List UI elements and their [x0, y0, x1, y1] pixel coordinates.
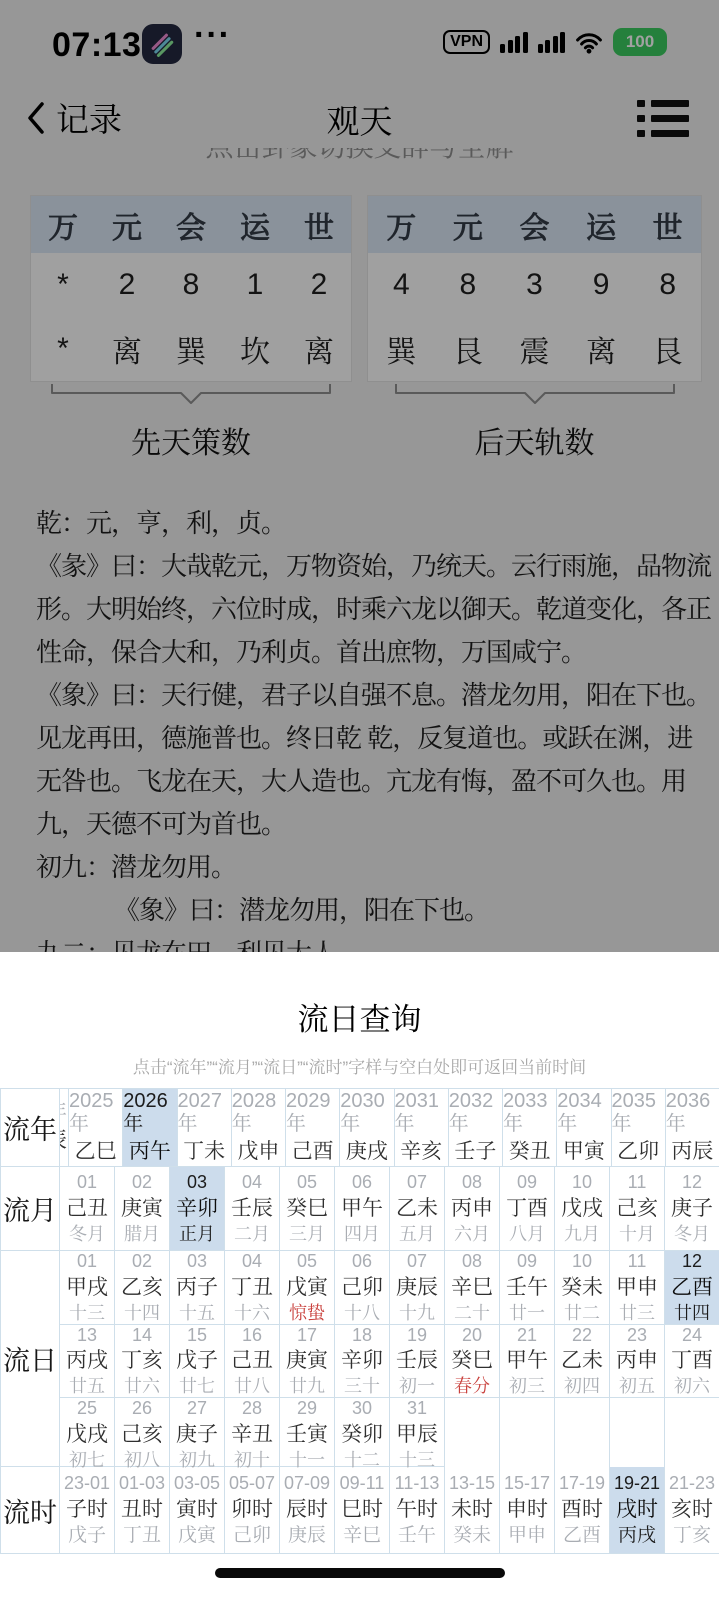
cell-text: 戊子: [176, 1348, 218, 1373]
cell-text: 五月: [399, 1224, 435, 1245]
calendar-table: 流年 2024年甲辰2025年乙巳2026年丙午2027年丁未2028年戊申20…: [0, 1088, 719, 1554]
hour-row-label[interactable]: 流时: [1, 1467, 59, 1553]
cell-text: 31: [407, 1398, 427, 1419]
cell-text: 正月: [179, 1224, 215, 1245]
day-row: 流日 01甲戌十三02乙亥十四03丙子十五04丁丑十六05戊寅惊蛰06己卯十八0…: [1, 1251, 719, 1467]
cell-text: 丁亥: [121, 1348, 163, 1373]
year-cell[interactable]: 2030年庚戌: [339, 1089, 393, 1166]
year-cell[interactable]: 2029年己酉: [285, 1089, 339, 1166]
cell-text: 廿一: [509, 1303, 545, 1324]
cell-text: 丁酉: [671, 1348, 713, 1373]
day-cell[interactable]: 13丙戌廿五: [59, 1325, 114, 1398]
cell-text: 癸未: [453, 1525, 491, 1547]
cell-text: 庚寅: [286, 1348, 328, 1373]
hour-cell[interactable]: 09-11巳时辛巳: [334, 1467, 389, 1553]
year-cell[interactable]: 2025年乙巳: [68, 1089, 122, 1166]
hour-row: 流时 23-01子时戊子01-03丑时丁丑03-05寅时戊寅05-07卯时己卯0…: [1, 1467, 719, 1553]
cell-text: 13-15: [449, 1473, 495, 1494]
cell-text: 庚子: [671, 1196, 713, 1221]
hour-cell[interactable]: 23-01子时戊子: [59, 1467, 114, 1553]
cell-text: 十九: [399, 1303, 435, 1324]
cell-text: 2025年: [69, 1090, 122, 1136]
cell-text: 十四: [124, 1303, 160, 1324]
cell-text: 甲申: [616, 1275, 658, 1300]
day-cell[interactable]: 27庚子初九: [169, 1398, 224, 1471]
day-cell[interactable]: 30癸卯十二: [334, 1398, 389, 1471]
cell-text: 13: [77, 1325, 97, 1346]
cell-text: 丁丑: [123, 1525, 161, 1547]
cell-text: 廿七: [179, 1376, 215, 1397]
cell-text: 2030年: [340, 1090, 393, 1136]
cell-text: 丙戌: [66, 1348, 108, 1373]
cell-text: 申时: [506, 1497, 548, 1522]
cell-text: 壬午: [398, 1525, 436, 1547]
cell-text: 10: [572, 1172, 592, 1193]
cell-text: 辛巳: [451, 1275, 493, 1300]
day-cell[interactable]: 16己丑廿八: [224, 1325, 279, 1398]
cell-text: 02: [132, 1251, 152, 1272]
day-subrow: 25戊戌初七26己亥初八27庚子初九28辛丑初十29壬寅十一30癸卯十二31甲辰…: [59, 1398, 719, 1471]
cell-text: 11: [628, 1172, 647, 1193]
cell-text: 18: [352, 1325, 372, 1346]
cell-text: 戊申: [237, 1139, 279, 1164]
cell-text: 19: [407, 1325, 427, 1346]
home-indicator[interactable]: [215, 1568, 505, 1578]
day-cell[interactable]: 22乙未初四: [554, 1325, 609, 1398]
cell-text: 12: [682, 1172, 702, 1193]
cell-text: 07-09: [284, 1473, 330, 1494]
cell-text: 07: [407, 1251, 427, 1272]
cell-text: 2033年: [503, 1090, 556, 1136]
day-subrow: 13丙戌廿五14丁亥廿六15戊子廿七16己丑廿八17庚寅廿九18辛卯三十19壬辰…: [59, 1325, 719, 1399]
cell-text: 15-17: [504, 1473, 550, 1494]
cell-text: 廿二: [564, 1303, 600, 1324]
cell-text: 戊寅: [286, 1275, 328, 1300]
cell-text: 乙未: [561, 1348, 603, 1373]
month-cell[interactable]: 10戊戌九月: [554, 1167, 609, 1250]
cell-text: 癸卯: [341, 1422, 383, 1447]
day-cell[interactable]: 24丁酉初六: [664, 1325, 719, 1398]
cell-text: 壬寅: [286, 1422, 328, 1447]
year-cell[interactable]: 2027年丁未: [177, 1089, 231, 1166]
cell-text: 冬月: [674, 1224, 710, 1245]
cell-text: 辛丑: [231, 1422, 273, 1447]
cell-text: 03: [187, 1251, 207, 1272]
sheet-title: 流日查询: [0, 994, 719, 1039]
cell-text: 惊蛰: [289, 1303, 325, 1324]
cell-text: 四月: [344, 1224, 380, 1245]
day-row-label[interactable]: 流日: [1, 1251, 59, 1466]
cell-text: 辛亥: [400, 1139, 442, 1164]
cell-text: 戊寅: [178, 1525, 216, 1547]
day-cell[interactable]: 14丁亥廿六: [114, 1325, 169, 1398]
cell-text: 甲辰: [396, 1422, 438, 1447]
cell-text: 丙戌: [618, 1525, 656, 1547]
cell-text: 卯时: [231, 1497, 273, 1522]
day-cell[interactable]: 03丙子十五: [169, 1251, 224, 1324]
cell-text: 06: [352, 1251, 372, 1272]
cell-text: 05: [297, 1251, 317, 1272]
month-cell[interactable]: 07乙未五月: [389, 1167, 444, 1250]
cell-text: 三十: [344, 1376, 380, 1397]
day-cell[interactable]: 01甲戌十三: [59, 1251, 114, 1324]
cell-text: 14: [132, 1325, 152, 1346]
hour-cell[interactable]: 21-23亥时丁亥: [664, 1467, 719, 1553]
cell-text: 三月: [289, 1224, 325, 1245]
day-band-rows: 01甲戌十三02乙亥十四03丙子十五04丁丑十六05戊寅惊蛰06己卯十八07庚辰…: [59, 1251, 719, 1466]
cell-text: 十月: [619, 1224, 655, 1245]
cell-text: 17-19: [559, 1473, 605, 1494]
cell-text: 11-13: [395, 1473, 440, 1494]
cell-text: 十三: [69, 1303, 105, 1324]
cell-text: 05: [297, 1172, 317, 1193]
cell-text: 十八: [344, 1303, 380, 1324]
cell-text: 己卯: [341, 1275, 383, 1300]
cell-text: 26: [132, 1398, 152, 1419]
cell-text: 己丑: [231, 1348, 273, 1373]
day-subrow: 01甲戌十三02乙亥十四03丙子十五04丁丑十六05戊寅惊蛰06己卯十八07庚辰…: [59, 1251, 719, 1325]
cell-text: 廿五: [69, 1376, 105, 1397]
day-cell[interactable]: 23丙申初五: [609, 1325, 664, 1398]
cell-text: 29: [297, 1398, 317, 1419]
cell-text: 甲辰: [59, 1128, 67, 1153]
flow-day-sheet: 流日查询 点击“流年”“流月”“流日”“流时”字样与空白处即可返回当前时间 流年…: [0, 952, 719, 1600]
cell-text: 辛卯: [176, 1196, 218, 1221]
month-row: 流月 01己丑冬月02庚寅腊月03辛卯正月04壬辰二月05癸巳三月06甲午四月0…: [1, 1167, 719, 1251]
cell-text: 01: [77, 1251, 97, 1272]
cell-text: 09-11: [340, 1473, 385, 1494]
day-cell[interactable]: 17庚寅廿九: [279, 1325, 334, 1398]
cell-text: 11: [628, 1251, 647, 1272]
cell-text: 初一: [399, 1376, 435, 1397]
cell-text: 乙酉: [563, 1525, 601, 1547]
hour-cell[interactable]: 01-03丑时丁丑: [114, 1467, 169, 1553]
day-cell: [444, 1398, 499, 1471]
cell-text: 八月: [509, 1224, 545, 1245]
cell-text: 2026年: [123, 1090, 176, 1136]
hour-band-cells: 23-01子时戊子01-03丑时丁丑03-05寅时戊寅05-07卯时己卯07-0…: [59, 1467, 719, 1553]
day-cell: [554, 1398, 609, 1471]
cell-text: 甲寅: [563, 1139, 605, 1164]
month-cell[interactable]: 08丙申六月: [444, 1167, 499, 1250]
cell-text: 19-21: [614, 1473, 660, 1494]
cell-text: 庚寅: [121, 1196, 163, 1221]
month-cell[interactable]: 02庚寅腊月: [114, 1167, 169, 1250]
day-cell: [609, 1398, 664, 1471]
year-cell[interactable]: 2026年丙午: [122, 1089, 176, 1166]
cell-text: 乙亥: [121, 1275, 163, 1300]
cell-text: 庚子: [176, 1422, 218, 1447]
day-cell[interactable]: 26己亥初八: [114, 1398, 169, 1471]
cell-text: 廿八: [234, 1376, 270, 1397]
cell-text: 癸巳: [451, 1348, 493, 1373]
cell-text: 巳时: [341, 1497, 383, 1522]
day-cell[interactable]: 08辛巳二十: [444, 1251, 499, 1324]
cell-text: 乙未: [396, 1196, 438, 1221]
cell-text: 戊子: [68, 1525, 106, 1547]
year-cell[interactable]: 2032年壬子: [448, 1089, 502, 1166]
cell-text: 04: [242, 1251, 262, 1272]
cell-text: 亥时: [671, 1497, 713, 1522]
day-cell[interactable]: 09壬午廿一: [499, 1251, 554, 1324]
cell-text: 辰时: [286, 1497, 328, 1522]
cell-text: 冬月: [69, 1224, 105, 1245]
cell-text: 23: [627, 1325, 647, 1346]
cell-text: 戊戌: [66, 1422, 108, 1447]
day-cell[interactable]: 06己卯十八: [334, 1251, 389, 1324]
day-cell[interactable]: 19壬辰初一: [389, 1325, 444, 1398]
cell-text: 初六: [674, 1376, 710, 1397]
day-cell[interactable]: 20癸巳春分: [444, 1325, 499, 1398]
hour-cell[interactable]: 13-15未时癸未: [444, 1467, 499, 1553]
month-cell[interactable]: 12庚子冬月: [664, 1167, 719, 1250]
day-cell[interactable]: 28辛丑初十: [224, 1398, 279, 1471]
cell-text: 乙巳: [75, 1139, 117, 1164]
cell-text: 乙卯: [617, 1139, 659, 1164]
cell-text: 十六: [234, 1303, 270, 1324]
cell-text: 壬辰: [396, 1348, 438, 1373]
hour-cell[interactable]: 05-07卯时己卯: [224, 1467, 279, 1553]
month-row-label[interactable]: 流月: [1, 1167, 59, 1250]
cell-text: 08: [462, 1251, 482, 1272]
cell-text: 21: [517, 1325, 537, 1346]
cell-text: 丁未: [183, 1139, 225, 1164]
cell-text: 17: [297, 1325, 317, 1346]
cell-text: 07: [407, 1172, 427, 1193]
cell-text: 廿九: [289, 1376, 325, 1397]
cell-text: 2024年: [59, 1101, 67, 1124]
cell-text: 25: [77, 1398, 97, 1419]
cell-text: 九月: [564, 1224, 600, 1245]
cell-text: 01: [77, 1172, 97, 1193]
cell-text: 六月: [454, 1224, 490, 1245]
cell-text: 06: [352, 1172, 372, 1193]
year-row: 流年 2024年甲辰2025年乙巳2026年丙午2027年丁未2028年戊申20…: [1, 1089, 719, 1167]
cell-text: 戌时: [616, 1497, 658, 1522]
sheet-subtitle: 点击“流年”“流月”“流日”“流时”字样与空白处即可返回当前时间: [0, 1053, 719, 1078]
cell-text: 初四: [564, 1376, 600, 1397]
hour-cell[interactable]: 15-17申时甲申: [499, 1467, 554, 1553]
cell-text: 十五: [179, 1303, 215, 1324]
cell-text: 春分: [454, 1376, 490, 1397]
cell-text: 酉时: [561, 1497, 603, 1522]
cell-text: 01-03: [119, 1473, 165, 1494]
cell-text: 05-07: [229, 1473, 275, 1494]
cell-text: 癸丑: [509, 1139, 551, 1164]
day-cell[interactable]: 11甲申廿三: [609, 1251, 664, 1324]
day-cell: [499, 1398, 554, 1471]
cell-text: 己酉: [292, 1139, 334, 1164]
cell-text: 丁酉: [506, 1196, 548, 1221]
cell-text: 己丑: [66, 1196, 108, 1221]
month-cell[interactable]: 03辛卯正月: [169, 1167, 224, 1250]
month-cell[interactable]: 09丁酉八月: [499, 1167, 554, 1250]
day-cell[interactable]: 12乙酉廿四: [664, 1251, 719, 1324]
year-cell-partial[interactable]: 2024年甲辰: [59, 1089, 68, 1166]
cell-text: 03: [187, 1172, 207, 1193]
cell-text: 22: [572, 1325, 592, 1346]
cell-text: 廿四: [674, 1303, 710, 1324]
cell-text: 庚戌: [346, 1139, 388, 1164]
hour-cell[interactable]: 03-05寅时戊寅: [169, 1467, 224, 1553]
cell-text: 乙酉: [671, 1275, 713, 1300]
cell-text: 28: [242, 1398, 262, 1419]
cell-text: 初五: [619, 1376, 655, 1397]
year-row-label[interactable]: 流年: [1, 1089, 59, 1166]
cell-text: 丙子: [176, 1275, 218, 1300]
cell-text: 30: [352, 1398, 372, 1419]
year-cell[interactable]: 2028年戊申: [231, 1089, 285, 1166]
year-cell[interactable]: 2034年甲寅: [556, 1089, 610, 1166]
cell-text: 己亥: [616, 1196, 658, 1221]
cell-text: 庚辰: [288, 1525, 326, 1547]
hour-cell[interactable]: 17-19酉时乙酉: [554, 1467, 609, 1553]
day-cell[interactable]: 15戊子廿七: [169, 1325, 224, 1398]
cell-text: 丙辰: [671, 1139, 713, 1164]
day-cell: [664, 1398, 719, 1471]
year-cell[interactable]: 2033年癸丑: [502, 1089, 556, 1166]
cell-text: 壬午: [506, 1275, 548, 1300]
cell-text: 27: [187, 1398, 207, 1419]
cell-text: 癸巳: [286, 1196, 328, 1221]
hour-cell[interactable]: 11-13午时壬午: [389, 1467, 444, 1553]
cell-text: 廿三: [619, 1303, 655, 1324]
cell-text: 09: [517, 1251, 537, 1272]
cell-text: 辛卯: [341, 1348, 383, 1373]
cell-text: 23-01: [64, 1473, 110, 1494]
cell-text: 2035年: [612, 1090, 665, 1136]
cell-text: 甲申: [508, 1525, 546, 1547]
cell-text: 02: [132, 1172, 152, 1193]
cell-text: 午时: [396, 1497, 438, 1522]
screen: 点击卦象切换爻辞与全解 万元会运世 *2812*离巽坎离 万元会运世 48398…: [0, 0, 719, 1600]
cell-text: 09: [517, 1172, 537, 1193]
cell-text: 甲午: [341, 1196, 383, 1221]
day-cell[interactable]: 02乙亥十四: [114, 1251, 169, 1324]
cell-text: 04: [242, 1172, 262, 1193]
cell-text: 丙午: [129, 1139, 171, 1164]
cell-text: 壬子: [454, 1139, 496, 1164]
month-cell[interactable]: 01己丑冬月: [59, 1167, 114, 1250]
cell-text: 庚辰: [396, 1275, 438, 1300]
cell-text: 2031年: [395, 1090, 448, 1136]
month-cell[interactable]: 06甲午四月: [334, 1167, 389, 1250]
day-cell[interactable]: 25戊戌初七: [59, 1398, 114, 1471]
cell-text: 2032年: [449, 1090, 502, 1136]
year-band-cells: 2024年甲辰2025年乙巳2026年丙午2027年丁未2028年戊申2029年…: [59, 1089, 719, 1166]
month-cell[interactable]: 05癸巳三月: [279, 1167, 334, 1250]
hour-cell[interactable]: 07-09辰时庚辰: [279, 1467, 334, 1553]
cell-text: 己卯: [233, 1525, 271, 1547]
day-cell[interactable]: 05戊寅惊蛰: [279, 1251, 334, 1324]
cell-text: 丙申: [451, 1196, 493, 1221]
day-cell[interactable]: 31甲辰十三: [389, 1398, 444, 1471]
month-cell[interactable]: 04壬辰二月: [224, 1167, 279, 1250]
cell-text: 辛巳: [343, 1525, 381, 1547]
day-cell[interactable]: 10癸未廿二: [554, 1251, 609, 1324]
day-cell[interactable]: 04丁丑十六: [224, 1251, 279, 1324]
cell-text: 初三: [509, 1376, 545, 1397]
cell-text: 癸未: [561, 1275, 603, 1300]
cell-text: 未时: [451, 1497, 493, 1522]
cell-text: 二月: [234, 1224, 270, 1245]
cell-text: 2036年: [666, 1090, 719, 1136]
cell-text: 己亥: [121, 1422, 163, 1447]
year-cell[interactable]: 2031年辛亥: [394, 1089, 448, 1166]
cell-text: 丁亥: [673, 1525, 711, 1547]
hour-cell[interactable]: 19-21戌时丙戌: [609, 1467, 664, 1553]
cell-text: 16: [242, 1325, 262, 1346]
day-cell[interactable]: 07庚辰十九: [389, 1251, 444, 1324]
day-cell[interactable]: 18辛卯三十: [334, 1325, 389, 1398]
cell-text: 24: [682, 1325, 702, 1346]
cell-text: 20: [462, 1325, 482, 1346]
year-cell[interactable]: 2036年丙辰: [665, 1089, 719, 1166]
cell-text: 甲戌: [66, 1275, 108, 1300]
cell-text: 15: [187, 1325, 207, 1346]
cell-text: 21-23: [669, 1473, 715, 1494]
cell-text: 丑时: [121, 1497, 163, 1522]
year-cell[interactable]: 2035年乙卯: [611, 1089, 665, 1166]
cell-text: 丁丑: [231, 1275, 273, 1300]
cell-text: 2029年: [286, 1090, 339, 1136]
cell-text: 腊月: [124, 1224, 160, 1245]
cell-text: 2034年: [557, 1090, 610, 1136]
cell-text: 壬辰: [231, 1196, 273, 1221]
cell-text: 12: [682, 1251, 702, 1272]
cell-text: 二十: [454, 1303, 490, 1324]
cell-text: 子时: [66, 1497, 108, 1522]
cell-text: 甲午: [506, 1348, 548, 1373]
cell-text: 08: [462, 1172, 482, 1193]
month-band-cells: 01己丑冬月02庚寅腊月03辛卯正月04壬辰二月05癸巳三月06甲午四月07乙未…: [59, 1167, 719, 1250]
cell-text: 廿六: [124, 1376, 160, 1397]
cell-text: 2028年: [232, 1090, 285, 1136]
day-cell[interactable]: 29壬寅十一: [279, 1398, 334, 1471]
month-cell[interactable]: 11己亥十月: [609, 1167, 664, 1250]
day-cell[interactable]: 21甲午初三: [499, 1325, 554, 1398]
cell-text: 03-05: [174, 1473, 220, 1494]
cell-text: 丙申: [616, 1348, 658, 1373]
cell-text: 2027年: [178, 1090, 231, 1136]
cell-text: 戊戌: [561, 1196, 603, 1221]
cell-text: 寅时: [176, 1497, 218, 1522]
cell-text: 10: [572, 1251, 592, 1272]
